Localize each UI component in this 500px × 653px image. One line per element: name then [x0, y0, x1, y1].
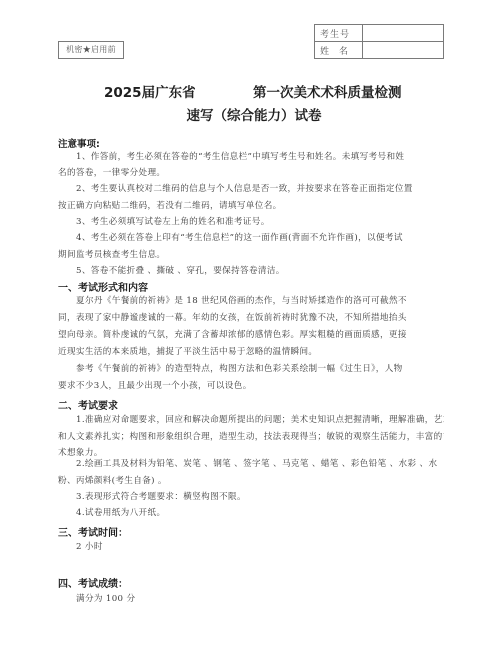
student-number-label: 考生号 [315, 25, 363, 42]
notice-line: 3、考生必须填写试卷左上角的姓名和准考证号。 [76, 216, 444, 228]
section-line: 要求不少3人，且最少出现一个小孩，可以设色。 [58, 380, 444, 392]
notice-line: 名的答卷，一律零分处理。 [58, 167, 444, 179]
section-heading: 四、考试成绩： [58, 575, 128, 590]
section-heading: 三、考试时间： [58, 524, 128, 539]
section-line: 2.绘画工具及材料为铅笔、炭笔 、钢笔 、签字笔 、马克笔 、蜡笔 、彩色铅笔 … [76, 458, 444, 470]
section-line: 满分为 100 分 [76, 593, 444, 605]
student-number-field[interactable] [363, 25, 444, 42]
exam-title-province: 2025届广东省 [104, 81, 196, 101]
section-line: 近现实生活的本来质地，捕捉了平淡生活中易于忽略的温情瞬间。 [58, 346, 444, 358]
section-line: 2 小时 [76, 541, 444, 553]
notice-line: 1、作答前，考生必须在答卷的“考生信息栏”中填写考生号和姓名。未填写考号和姓 [76, 151, 444, 163]
section-line: 1.准确应对命题要求，回应和解决命题所提出的问题；美术史知识点把握清晰，理解准确… [76, 414, 444, 426]
section-line: 3.表现形式符合考题要求：横竖构图不限。 [76, 491, 444, 503]
student-number-row: 考生号 [315, 25, 444, 42]
student-name-row: 姓名 [315, 42, 444, 59]
section-line: 同，表现了家中静谧虔诚的一幕。年幼的女孩，在饭前祈祷时犹豫不决，不知所措地抬头 [58, 312, 444, 324]
notice-line: 5、答卷不能折叠 、撕破 、穿孔，要保持答卷清洁。 [76, 265, 444, 277]
notice-line: 期间监考员核查考生信息。 [58, 249, 444, 261]
section-heading: 二、考试要求 [58, 397, 118, 412]
confidential-label: 机密★启用前 [58, 41, 124, 59]
section-line: 参考《午餐前的祈祷》的造型特点，构图方法和色彩关系绘制一幅《过生日》，人物 [76, 363, 444, 375]
exam-paper-page: 机密★启用前 考生号 姓名 2025届广东省 第一次美术术科质量检测 速写（综合… [0, 0, 500, 653]
exam-subtitle: 速写（综合能力）试卷 [0, 104, 500, 124]
section-heading: 一、考试形式和内容 [58, 279, 148, 294]
section-line: 和人文素养扎实；构图和形象组织合理，造型生动，技法表现得当；敏锐的观察生活能力，… [58, 431, 444, 443]
student-name-label: 姓名 [315, 42, 363, 59]
section-line: 夏尔丹《午餐前的祈祷》是 18 世纪风俗画的杰作，与当时矫揉造作的洛可可截然不 [76, 295, 444, 307]
student-info-table: 考生号 姓名 [314, 24, 444, 59]
notice-line: 按正确方向粘贴二维码，若没有二维码，请填写单位名。 [58, 200, 444, 212]
section-line: 望向母亲。简朴虔诚的气氛，充满了含蓄却浓郁的感情色彩。厚实粗糙的画面质感，更接 [58, 329, 444, 341]
section-line: 4.试卷用纸为八开纸。 [76, 507, 444, 519]
exam-title-name: 第一次美术术科质量检测 [253, 81, 402, 101]
notice-line: 2、考生要认真校对二维码的信息与个人信息是否一致，并按要求在答卷正面指定位置 [76, 183, 444, 195]
section-line: 粉、丙烯颜料(考生自备) 。 [58, 475, 444, 487]
notice-heading: 注意事项: [58, 136, 100, 150]
student-name-field[interactable] [363, 42, 444, 59]
notice-line: 4、考生必须在答卷上印有“考生信息栏”的这一面作画(背面不允许作画)，以便考试 [76, 232, 444, 244]
